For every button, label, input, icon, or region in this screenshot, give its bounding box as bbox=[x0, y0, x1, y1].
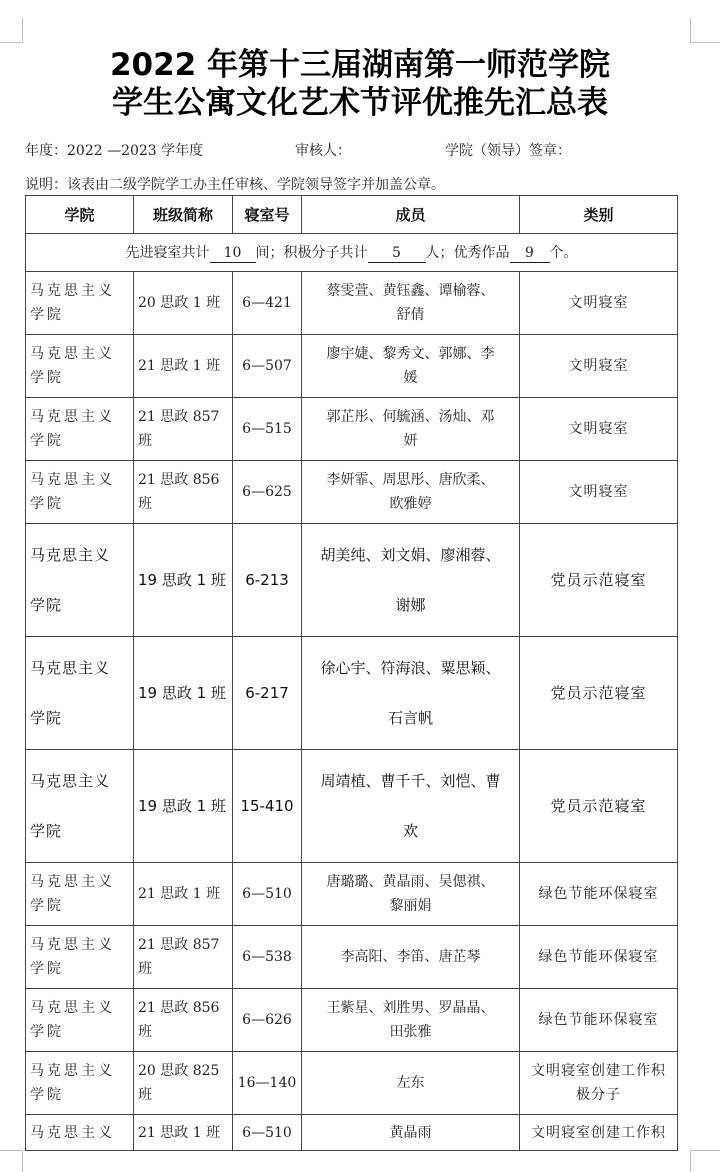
class-cell: 21 思政 1 班 bbox=[134, 335, 233, 398]
category-cell: 文明寝室创建工作积极分子 bbox=[520, 1052, 678, 1115]
class-cell: 19 思政 1 班 bbox=[134, 637, 233, 750]
room-cell: 6—510 bbox=[233, 1115, 302, 1151]
table-row: 马克思主义学院 19 思政 1 班 6-213 胡美纯、刘文娟、廖湘蓉、谢娜 党… bbox=[26, 524, 678, 637]
class-cell: 21 思政 1 班 bbox=[134, 863, 233, 926]
summary-row: 先进寝室共计10间；积极分子共计5人；优秀作品9个。 bbox=[26, 234, 678, 272]
table-row: 马克思主义学院 21 思政 1 班 6—510 唐璐璐、黄晶雨、吴偲祺、黎丽娟 … bbox=[26, 863, 678, 926]
document-title-line-2: 学生公寓文化艺术节评优推先汇总表 bbox=[0, 84, 720, 122]
room-cell: 6—626 bbox=[233, 989, 302, 1052]
members-cell: 郭芷彤、何毓涵、汤灿、邓妍 bbox=[302, 398, 520, 461]
college-cell: 马克思主义 bbox=[26, 1115, 134, 1151]
page-corner-mark-bottom-right bbox=[690, 1150, 720, 1172]
class-cell: 19 思政 1 班 bbox=[134, 750, 233, 863]
college-cell: 马克思主义学院 bbox=[26, 1052, 134, 1115]
room-cell: 6-213 bbox=[233, 524, 302, 637]
college-cell: 马克思主义学院 bbox=[26, 750, 134, 863]
document-title-line-1: 2022 年第十三届湖南第一师范学院 bbox=[0, 46, 720, 84]
room-cell: 6—421 bbox=[233, 272, 302, 335]
class-cell: 21 思政 857 班 bbox=[134, 398, 233, 461]
room-cell: 6-217 bbox=[233, 637, 302, 750]
signature-label: 学院（领导）签章： bbox=[445, 140, 571, 160]
members-cell: 左东 bbox=[302, 1052, 520, 1115]
room-cell: 6—538 bbox=[233, 926, 302, 989]
members-cell: 黄晶雨 bbox=[302, 1115, 520, 1151]
class-cell: 21 思政 857 班 bbox=[134, 926, 233, 989]
table-header-row: 学院 班级简称 寝室号 成员 类别 bbox=[26, 196, 678, 234]
members-cell: 徐心宇、符海浪、粟思颖、石言帆 bbox=[302, 637, 520, 750]
academic-year-label: 年度：2022 —2023 学年度 bbox=[25, 140, 203, 160]
college-cell: 马克思主义学院 bbox=[26, 524, 134, 637]
table-row: 马克思主义学院 19 思政 1 班 6-217 徐心宇、符海浪、粟思颖、石言帆 … bbox=[26, 637, 678, 750]
category-cell: 绿色节能环保寝室 bbox=[520, 926, 678, 989]
college-cell: 马克思主义学院 bbox=[26, 926, 134, 989]
members-cell: 唐璐璐、黄晶雨、吴偲祺、黎丽娟 bbox=[302, 863, 520, 926]
works-count: 9 bbox=[510, 244, 550, 263]
category-cell: 绿色节能环保寝室 bbox=[520, 989, 678, 1052]
table-row: 马克思主义学院 21 思政 856 班 6—625 李妍霏、周思彤、唐欣柔、欧雅… bbox=[26, 461, 678, 524]
class-cell: 20 思政 1 班 bbox=[134, 272, 233, 335]
table-row: 马克思主义学院 20 思政 1 班 6—421 蔡雯萱、黄钰鑫、谭榆蓉、舒倩 文… bbox=[26, 272, 678, 335]
header-class: 班级简称 bbox=[134, 196, 233, 234]
page-corner-mark-bottom-left bbox=[0, 1150, 23, 1172]
instruction-note: 说明：该表由二级学院学工办主任审核、学院领导签字并加盖公章。 bbox=[25, 174, 445, 194]
college-cell: 马克思主义学院 bbox=[26, 461, 134, 524]
category-cell: 文明寝室创建工作积 bbox=[520, 1115, 678, 1151]
table-row: 马克思主义学院 21 思政 857 班 6—538 李高阳、李笛、唐芷琴 绿色节… bbox=[26, 926, 678, 989]
members-cell: 周靖植、曹千千、刘恺、曹欢 bbox=[302, 750, 520, 863]
college-cell: 马克思主义学院 bbox=[26, 863, 134, 926]
members-cell: 王紫星、刘胜男、罗晶晶、田张雅 bbox=[302, 989, 520, 1052]
category-cell: 文明寝室 bbox=[520, 398, 678, 461]
college-cell: 马克思主义学院 bbox=[26, 989, 134, 1052]
class-cell: 20 思政 825 班 bbox=[134, 1052, 233, 1115]
room-cell: 6—625 bbox=[233, 461, 302, 524]
category-cell: 绿色节能环保寝室 bbox=[520, 863, 678, 926]
members-cell: 李妍霏、周思彤、唐欣柔、欧雅婷 bbox=[302, 461, 520, 524]
college-cell: 马克思主义学院 bbox=[26, 335, 134, 398]
page-corner-mark-top-right bbox=[690, 18, 720, 43]
category-cell: 文明寝室 bbox=[520, 461, 678, 524]
room-cell: 6—510 bbox=[233, 863, 302, 926]
activist-count: 5 bbox=[368, 244, 426, 263]
class-cell: 21 思政 856 班 bbox=[134, 461, 233, 524]
dorm-count: 10 bbox=[210, 244, 256, 263]
table-row: 马克思主义学院 21 思政 857 班 6—515 郭芷彤、何毓涵、汤灿、邓妍 … bbox=[26, 398, 678, 461]
category-cell: 党员示范寝室 bbox=[520, 524, 678, 637]
table-row: 马克思主义学院 21 思政 856 班 6—626 王紫星、刘胜男、罗晶晶、田张… bbox=[26, 989, 678, 1052]
summary-cell: 先进寝室共计10间；积极分子共计5人；优秀作品9个。 bbox=[26, 234, 678, 272]
category-cell: 文明寝室 bbox=[520, 335, 678, 398]
room-cell: 16—140 bbox=[233, 1052, 302, 1115]
class-cell: 21 思政 856 班 bbox=[134, 989, 233, 1052]
table-row: 马克思主义学院 19 思政 1 班 15-410 周靖植、曹千千、刘恺、曹欢 党… bbox=[26, 750, 678, 863]
category-cell: 文明寝室 bbox=[520, 272, 678, 335]
table-row: 马克思主义学院 20 思政 825 班 16—140 左东 文明寝室创建工作积极… bbox=[26, 1052, 678, 1115]
college-cell: 马克思主义学院 bbox=[26, 637, 134, 750]
header-room: 寝室号 bbox=[233, 196, 302, 234]
reviewer-label: 审核人： bbox=[295, 140, 351, 160]
class-cell: 19 思政 1 班 bbox=[134, 524, 233, 637]
header-college: 学院 bbox=[26, 196, 134, 234]
category-cell: 党员示范寝室 bbox=[520, 637, 678, 750]
room-cell: 15-410 bbox=[233, 750, 302, 863]
header-members: 成员 bbox=[302, 196, 520, 234]
header-category: 类别 bbox=[520, 196, 678, 234]
college-cell: 马克思主义学院 bbox=[26, 398, 134, 461]
category-cell: 党员示范寝室 bbox=[520, 750, 678, 863]
table-row: 马克思主义学院 21 思政 1 班 6—507 廖宇婕、黎秀文、郭娜、李媛 文明… bbox=[26, 335, 678, 398]
page-corner-mark-top-left bbox=[0, 18, 23, 43]
room-cell: 6—507 bbox=[233, 335, 302, 398]
award-summary-table: 学院 班级简称 寝室号 成员 类别 先进寝室共计10间；积极分子共计5人；优秀作… bbox=[25, 195, 678, 1151]
members-cell: 胡美纯、刘文娟、廖湘蓉、谢娜 bbox=[302, 524, 520, 637]
college-cell: 马克思主义学院 bbox=[26, 272, 134, 335]
table-row: 马克思主义 21 思政 1 班 6—510 黄晶雨 文明寝室创建工作积 bbox=[26, 1115, 678, 1151]
room-cell: 6—515 bbox=[233, 398, 302, 461]
members-cell: 李高阳、李笛、唐芷琴 bbox=[302, 926, 520, 989]
members-cell: 蔡雯萱、黄钰鑫、谭榆蓉、舒倩 bbox=[302, 272, 520, 335]
members-cell: 廖宇婕、黎秀文、郭娜、李媛 bbox=[302, 335, 520, 398]
class-cell: 21 思政 1 班 bbox=[134, 1115, 233, 1151]
